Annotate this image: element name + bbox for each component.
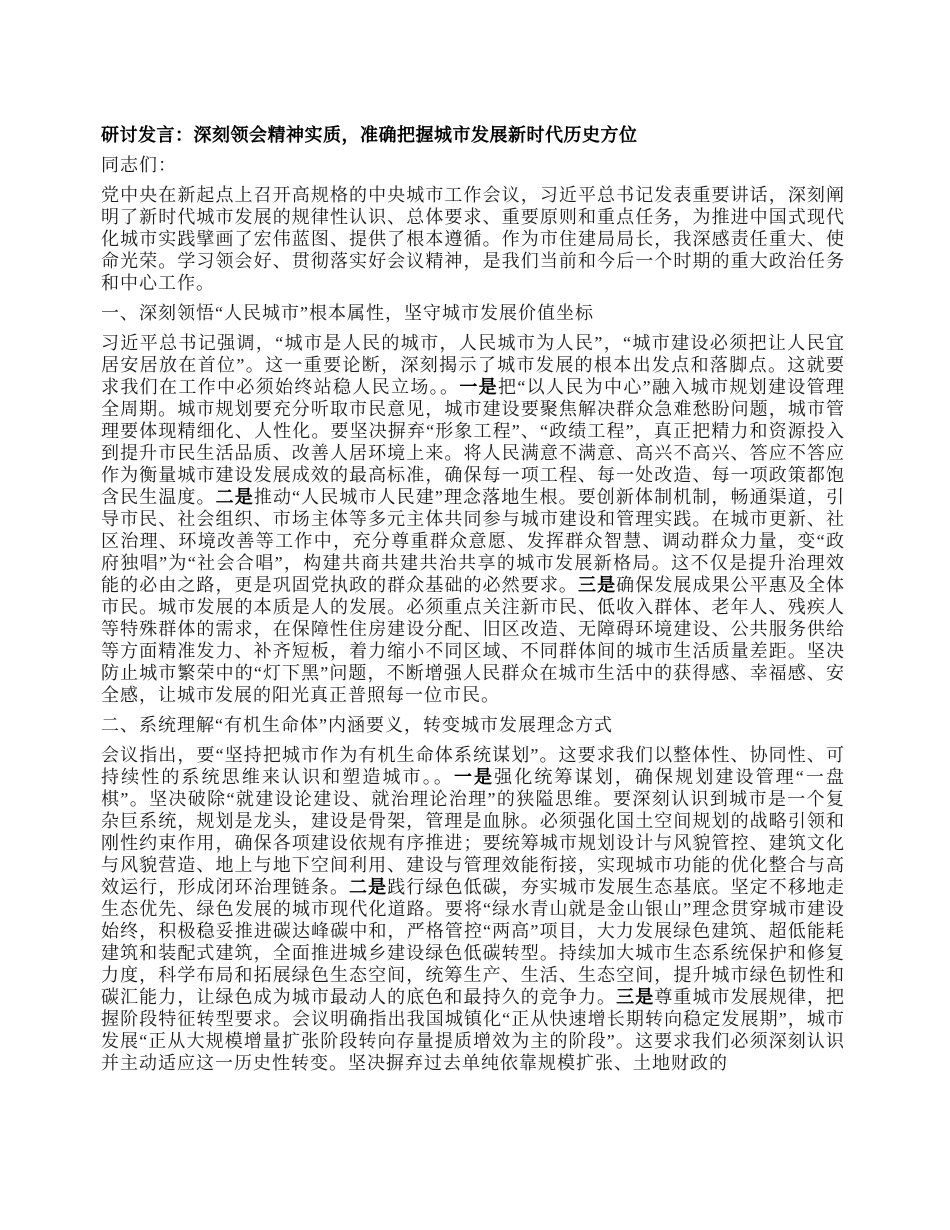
paragraph: 习近平总书记强调，“城市是人民的城市，人民城市为人民”，“城市建设必须把让人民宜… <box>101 332 845 706</box>
document-page: 研讨发言：深刻领会精神实质，准确把握城市发展新时代历史方位 同志们： 党中央在新… <box>101 124 845 1074</box>
bold-run: 二是 <box>216 487 254 507</box>
bold-run: 三是 <box>616 987 654 1007</box>
section-heading: 二、系统理解“有机生命体”内涵要义，转变城市发展理念方式 <box>101 714 845 736</box>
section-heading: 一、深刻领悟“人民城市”根本属性，坚守城市发展价值坐标 <box>101 302 845 324</box>
text-run: 党中央在新起点上召开高规格的中央城市工作会议，习近平总书记发表重要讲话，深刻阐明… <box>101 185 845 293</box>
salutation: 同志们： <box>101 154 845 176</box>
text-run: 二、系统理解“有机生命体”内涵要义，转变城市发展理念方式 <box>101 715 613 735</box>
bold-run: 一是 <box>454 767 494 787</box>
text-run: 一、深刻领悟“人民城市”根本属性，坚守城市发展价值坐标 <box>101 303 594 323</box>
bold-run: 一是 <box>459 377 498 397</box>
paragraph: 党中央在新起点上召开高规格的中央城市工作会议，习近平总书记发表重要讲话，深刻阐明… <box>101 184 845 294</box>
document-title: 研讨发言：深刻领会精神实质，准确把握城市发展新时代历史方位 <box>101 124 845 146</box>
document-body: 党中央在新起点上召开高规格的中央城市工作会议，习近平总书记发表重要讲话，深刻阐明… <box>101 184 845 1074</box>
bold-run: 二是 <box>349 877 387 897</box>
bold-run: 三是 <box>578 575 616 595</box>
paragraph: 会议指出，要“坚持把城市作为有机生命体系统谋划”。这要求我们以整体性、协同性、可… <box>101 744 845 1074</box>
